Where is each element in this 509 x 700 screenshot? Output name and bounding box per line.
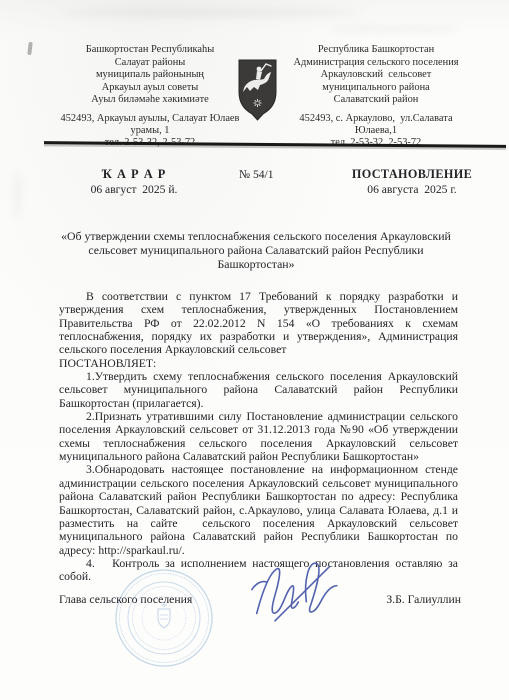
org-name-line: Башкортостан Республикаһы xyxy=(50,44,250,57)
karar-date: 06 август 2025 й. xyxy=(48,183,220,196)
scan-artifact xyxy=(27,42,33,55)
scan-smudge xyxy=(60,8,360,17)
address-line: 452493, Аркауыл ауылы, Салауат Юлаев xyxy=(50,113,250,125)
signer-role: Глава сельского поселения xyxy=(59,593,192,606)
scan-smudge xyxy=(14,170,21,220)
address-line: Юлаева,1 xyxy=(283,125,469,137)
document-number: № 54/1 xyxy=(239,168,274,181)
coat-of-arms-icon xyxy=(237,58,278,122)
org-name-line: Салаватский район xyxy=(283,94,469,107)
signer-name: З.Б. Галиуллин xyxy=(386,593,461,606)
header-right-block: Республика Башкортостан Администрация се… xyxy=(283,44,469,148)
document-title: «Об утверждении схемы теплоснабжения сел… xyxy=(60,230,452,272)
scanned-resolution-page: Башкортостан Республикаһы Салауат районы… xyxy=(0,0,509,700)
decree-item-1: 1.Утвердить схему теплоснабжения сельско… xyxy=(59,370,458,410)
org-name-line: муниципаль районының xyxy=(50,69,250,82)
intro-paragraph: В соответствии с пунктом 17 Требований к… xyxy=(59,290,458,357)
resolves-line: ПОСТАНОВЛЯЕТ: xyxy=(59,357,458,370)
karar-block: Ҡ А Р А Р 06 август 2025 й. xyxy=(48,167,220,196)
signature-ink-icon xyxy=(245,554,351,630)
document-body: В соответствии с пунктом 17 Требований к… xyxy=(59,290,458,584)
karar-title: Ҡ А Р А Р xyxy=(48,167,220,182)
resolution-title: ПОСТАНОВЛЕНИЕ xyxy=(331,167,493,182)
resolution-block: ПОСТАНОВЛЕНИЕ 06 августа 2025 г. xyxy=(331,167,493,196)
decree-item-3: 3.Обнародовать настоящее постановление н… xyxy=(59,463,458,556)
header-left-block: Башкортостан Республикаһы Салауат районы… xyxy=(50,44,250,148)
decree-item-2: 2.Признать утратившими силу Постановлени… xyxy=(59,410,458,463)
org-name-line: Салауат районы xyxy=(50,57,250,70)
address-line: 452493, с. Аркаулово, ул.Салавата xyxy=(283,113,469,125)
org-name-line: Ауыл биләмәһе хәкимиәте xyxy=(50,94,250,107)
org-name-line: Аркауловский сельсовет xyxy=(283,69,469,82)
org-name-line: Республика Башкортостан xyxy=(283,44,469,57)
address-line: урамы, 1 xyxy=(50,125,250,137)
resolution-date: 06 августа 2025 г. xyxy=(331,183,493,196)
org-name-line: муниципального района xyxy=(283,82,469,95)
org-name-line: Администрация сельского поселения xyxy=(283,57,469,70)
org-name-line: Аркауыл ауыл советы xyxy=(50,82,250,95)
scan-smudge xyxy=(330,26,460,33)
